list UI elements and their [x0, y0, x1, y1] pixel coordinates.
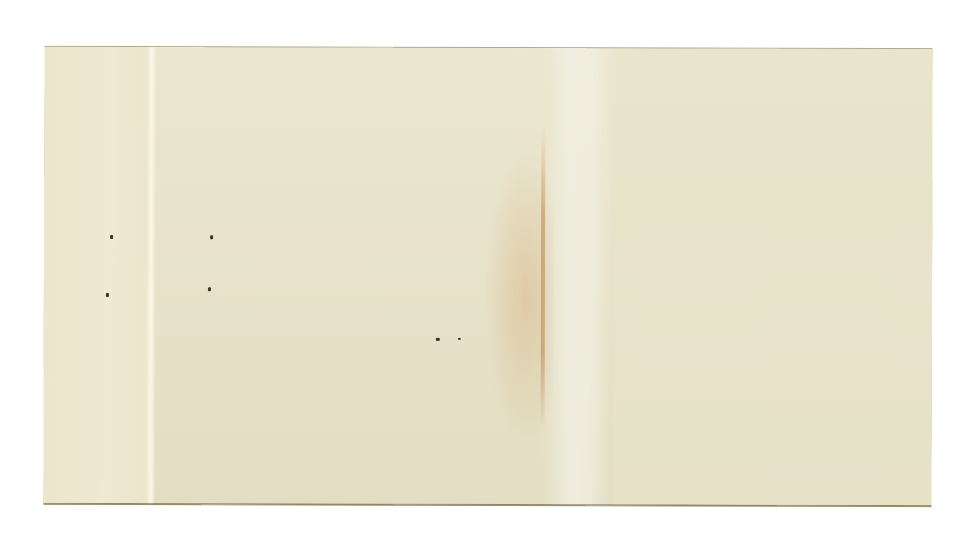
speck	[458, 338, 461, 340]
speck	[110, 235, 113, 239]
left-flap	[43, 47, 154, 503]
speck	[106, 293, 109, 297]
fold-line-center	[541, 48, 612, 504]
paper-card	[43, 47, 932, 506]
fold-line-left	[145, 47, 156, 503]
speck	[210, 235, 213, 239]
speck	[208, 287, 211, 291]
right-panel	[613, 48, 932, 505]
speck	[436, 338, 440, 341]
